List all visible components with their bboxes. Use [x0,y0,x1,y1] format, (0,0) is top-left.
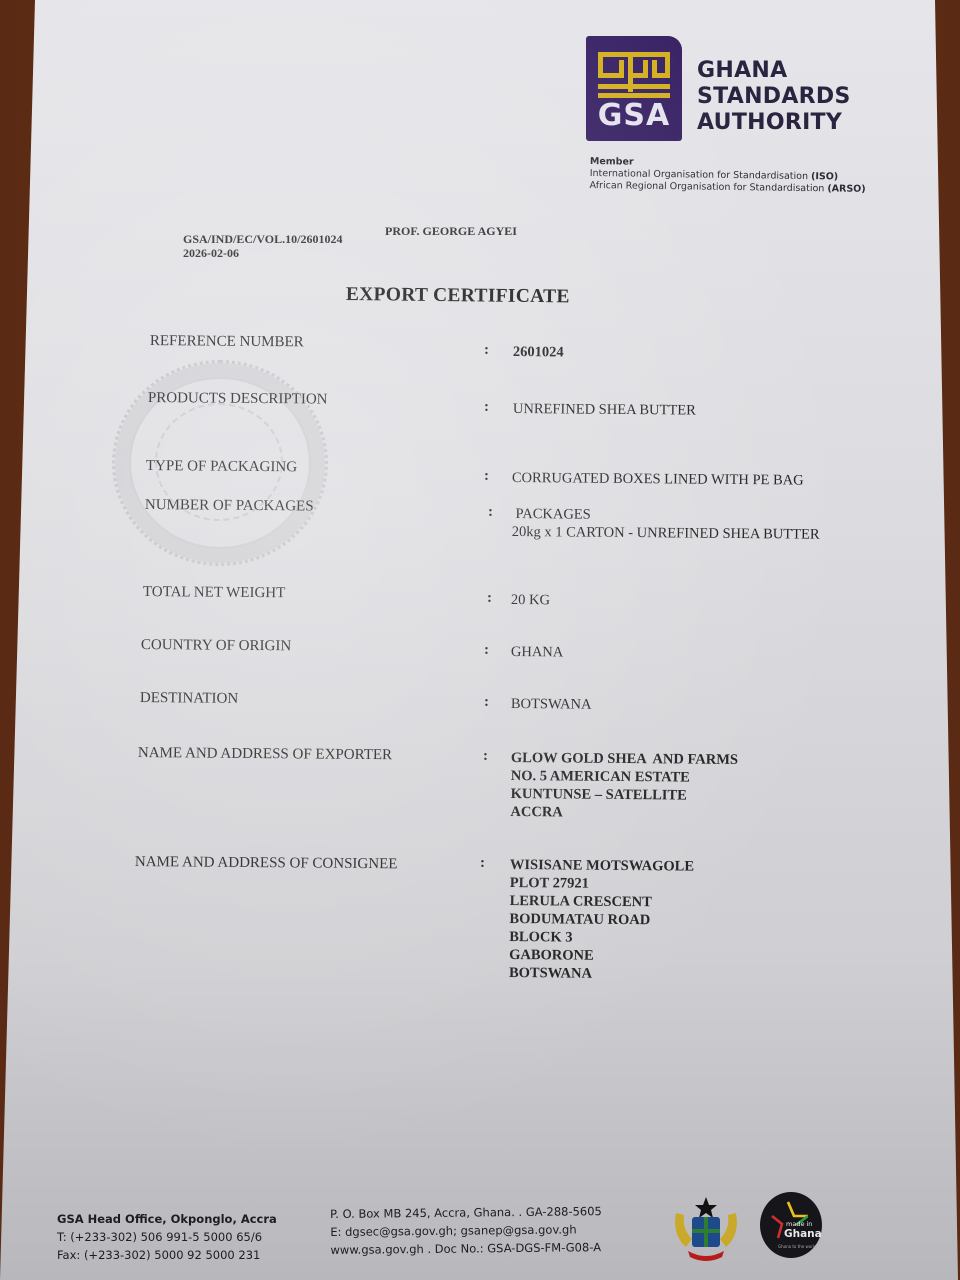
field-separator: : [483,748,488,765]
document-title: EXPORT CERTIFICATE [346,284,570,308]
made-in-ghana-badge-icon: made in Ghana Ghana to the world [760,1192,822,1258]
field-value: WISISANE MOTSWAGOLEPLOT 27921LERULA CRES… [509,856,694,984]
badge-line-2: Ghana [784,1228,822,1240]
field-value-line: BLOCK 3 [509,928,693,948]
field-separator: : [480,855,485,872]
field-label: NAME AND ADDRESS OF EXPORTER [138,745,392,764]
field-separator: : [484,694,489,711]
footer-web-doc: www.gsa.gov.gh . Doc No.: GSA-DGS-FM-G08… [330,1238,602,1259]
logo-text: GSA [586,98,682,133]
membership-arso: African Regional Organisation for Standa… [589,180,865,196]
reference-block: GSA/IND/EC/VOL.10/2601024 2026-02-06 [183,232,342,260]
org-line-2: STANDARDS [697,84,851,110]
field-value-line: ACCRA [510,803,737,823]
field-label: TYPE OF PACKAGING [146,458,297,476]
field-value-line: BOTSWANA [509,964,693,984]
field-value-line: GHANA [511,643,564,661]
field-label: COUNTRY OF ORIGIN [141,637,291,655]
field-value-line: UNREFINED SHEA BUTTER [513,400,696,420]
footer-fax: Fax: (+233-302) 5000 92 5000 231 [57,1246,277,1264]
field-value: CORRUGATED BOXES LINED WITH PE BAG [512,469,804,490]
field-value: GLOW GOLD SHEA AND FARMSNO. 5 AMERICAN E… [510,749,738,823]
field-value: UNREFINED SHEA BUTTER [513,400,696,420]
field-value-line: 20kg x 1 CARTON - UNREFINED SHEA BUTTER [512,523,820,544]
org-line-3: AUTHORITY [697,110,851,136]
field-separator: : [487,590,492,607]
field-value-line: BODUMATAU ROAD [509,910,693,930]
field-separator: : [484,642,489,659]
field-label: DESTINATION [140,690,238,708]
badge-line-3: Ghana to the world [778,1244,816,1249]
field-value-line: WISISANE MOTSWAGOLE [510,856,694,876]
footer-phone: T: (+233-302) 506 991-5 5000 65/6 [57,1228,277,1246]
field-value: BOTSWANA [511,695,592,714]
field-value-line: PLOT 27921 [510,874,694,894]
field-label: REFERENCE NUMBER [150,333,304,351]
footer-contact: GSA Head Office, Okponglo, Accra T: (+23… [57,1210,277,1264]
field-separator: : [484,399,489,416]
field-value-line: KUNTUNSE – SATELLITE [511,785,738,805]
field-value-line: GLOW GOLD SHEA AND FARMS [511,749,738,769]
field-separator: : [488,504,493,521]
badge-line-1: made in [786,1220,812,1228]
field-value-line: LERULA CRESCENT [510,892,694,912]
field-value-line: CORRUGATED BOXES LINED WITH PE BAG [512,469,804,490]
field-value-line: BOTSWANA [511,695,592,714]
footer-office: GSA Head Office, Okponglo, Accra [57,1210,277,1228]
field-value: PACKAGES20kg x 1 CARTON - UNREFINED SHEA… [512,505,820,544]
membership-block: Member International Organisation for St… [589,156,866,196]
signatory-name: PROF. GEORGE AGYEI [385,224,517,239]
field-value-line: GABORONE [509,946,693,966]
field-value-line: 20 KG [511,591,550,609]
field-label: TOTAL NET WEIGHT [143,584,286,602]
field-value: 2601024 [513,343,564,361]
ghana-coat-of-arms-icon [668,1195,744,1265]
certificate-paper: GSA GHANA STANDARDS AUTHORITY Member Int… [0,0,960,1280]
field-value: GHANA [511,643,564,661]
org-line-1: GHANA [697,58,851,84]
field-label: NUMBER OF PACKAGES [145,497,314,515]
field-label: PRODUCTS DESCRIPTION [148,390,328,409]
field-value-line: 2601024 [513,343,564,361]
organization-name: GHANA STANDARDS AUTHORITY [697,58,851,136]
field-label: NAME AND ADDRESS OF CONSIGNEE [135,854,398,873]
field-separator: : [484,468,489,485]
issue-date: 2026-02-06 [183,246,342,260]
gsa-logo: GSA [586,36,682,141]
footer-address: P. O. Box MB 245, Accra, Ghana. . GA-288… [330,1202,602,1259]
reference-code: GSA/IND/EC/VOL.10/2601024 [183,232,342,246]
field-value-line: NO. 5 AMERICAN ESTATE [511,767,738,787]
field-separator: : [484,342,489,359]
field-value: 20 KG [511,591,550,609]
gsa-emblem-icon [596,50,672,100]
